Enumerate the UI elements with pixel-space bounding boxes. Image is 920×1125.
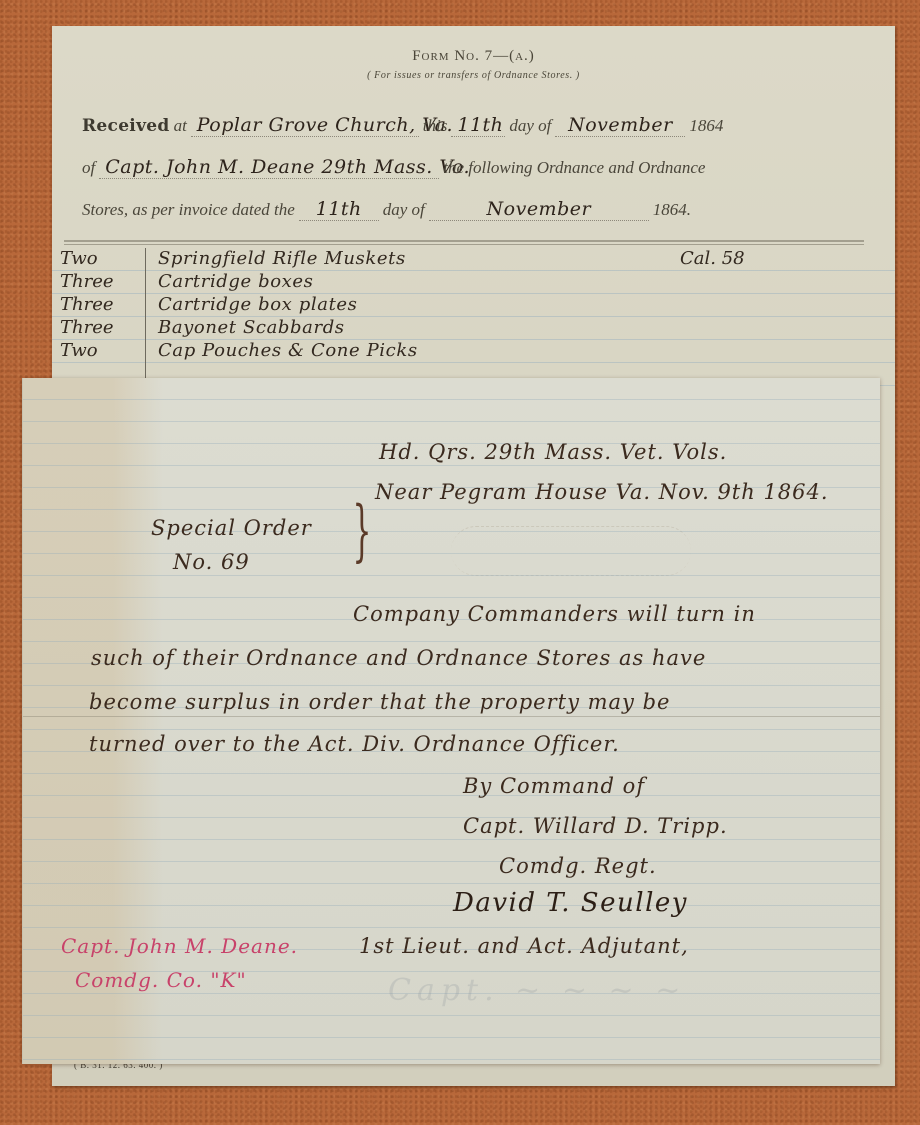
order-body-line: become surplus in order that the propert… [89,690,670,714]
brace-mark: } [353,498,372,564]
item-row: Three Bayonet Scabbards [60,317,860,341]
item-description: Cap Pouches & Cone Picks [158,340,678,361]
item-description: Cartridge boxes [158,271,678,292]
item-qty: Two [60,340,140,361]
commander-name: Capt. Willard D. Tripp. [463,814,728,838]
stores-label: Stores, as per invoice dated the [82,200,295,219]
invoice-day: 11th [299,198,379,221]
received-label: Received [82,116,170,136]
item-description: Bayonet Scabbards [158,317,678,338]
item-qty: Three [60,271,140,292]
order-body-line: Company Commanders will turn in [353,602,756,626]
item-row: Two Springfield Rifle Muskets Cal. 58 [60,248,860,272]
by-command-label: By Command of [463,774,645,798]
item-row: Three Cartridge boxes [60,271,860,295]
order-body-line: turned over to the Act. Div. Ordnance Of… [89,732,620,756]
invoice-month: November [429,198,649,221]
from-person: Capt. John M. Deane 29th Mass. Vo. [99,156,439,179]
order-number: No. 69 [173,550,250,574]
invoice-year: 1864. [653,200,691,219]
form-invoice-line: Stores, as per invoice dated the 11th da… [82,198,862,228]
adjutant-title: 1st Lieut. and Act. Adjutant, [359,934,689,958]
commander-title: Comdg. Regt. [499,854,657,878]
item-qty: Three [60,294,140,315]
form-heading: Form No. 7—(a.) [52,48,895,65]
item-description: Springfield Rifle Muskets [158,248,678,269]
form-divider-rule-thin [64,244,864,245]
item-row: Three Cartridge box plates [60,294,860,318]
order-title: Special Order [151,516,312,540]
received-day: 11th [451,114,505,137]
at-label: at [174,116,187,135]
fold-line [23,716,880,717]
item-description: Cartridge box plates [158,294,678,315]
special-order-sheet: Hd. Qrs. 29th Mass. Vet. Vols. Near Pegr… [22,378,880,1064]
day-of-label: day of [509,116,551,135]
item-qty: Three [60,317,140,338]
received-month: November [555,114,685,137]
adjutant-signature: David T. Seulley [453,888,688,918]
addressee-title: Comdg. Co. "K" [75,968,247,992]
item-qty: Two [60,248,140,269]
item-caliber: Cal. 58 [680,248,800,269]
form-from-line: of Capt. John M. Deane 29th Mass. Vo. th… [82,156,862,186]
form-received-line: Received at Poplar Grove Church, Va. thi… [82,114,862,144]
received-year: 1864 [689,116,723,135]
invoice-day-of-label: day of [383,200,425,219]
order-header-location-date: Near Pegram House Va. Nov. 9th 1864. [375,480,829,504]
faint-stamp-mark [451,526,691,576]
bleed-through-writing: Capt. ~ ~ ~ ~ [388,973,686,1008]
order-body-line: such of their Ordnance and Ordnance Stor… [91,646,706,670]
item-row: Two Cap Pouches & Cone Picks [60,340,860,364]
form-subheading: ( For issues or transfers of Ordnance St… [52,70,895,81]
form-divider-rule [64,240,864,242]
received-place: Poplar Grove Church, Va. [191,114,419,137]
following-label: the following Ordnance and Ordnance [443,158,705,177]
addressee-name: Capt. John M. Deane. [61,934,298,958]
of-label: of [82,158,95,177]
this-label: this [423,116,448,135]
order-header-hq: Hd. Qrs. 29th Mass. Vet. Vols. [379,440,727,464]
